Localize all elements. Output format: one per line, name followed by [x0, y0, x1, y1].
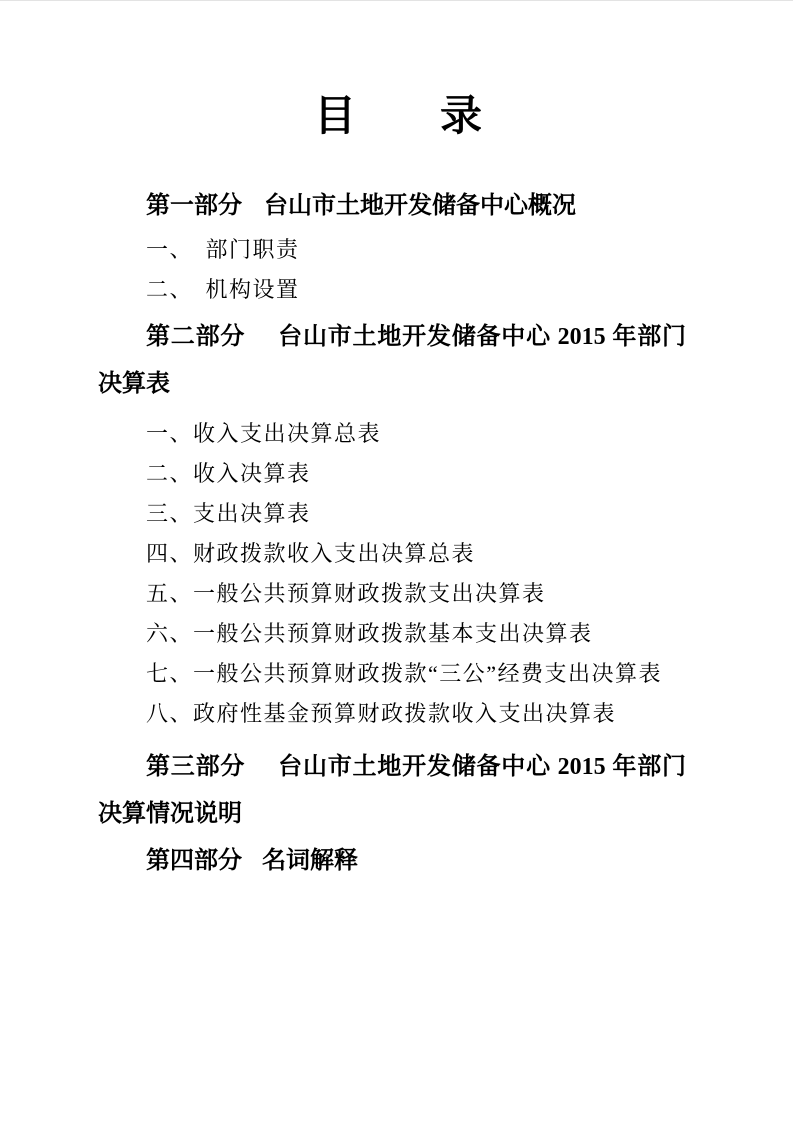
section-2-label: 第二部分 — [146, 324, 245, 350]
toc-item: 二、收入决算表 — [98, 454, 698, 494]
toc-item: 八、政府性基金预算财政拨款收入支出决算表 — [98, 694, 698, 734]
toc-item: 六、一般公共预算财政拨款基本支出决算表 — [98, 614, 698, 654]
toc-item: 一、收入支出决算总表 — [98, 414, 698, 454]
toc-item: 七、一般公共预算财政拨款“三公”经费支出决算表 — [98, 654, 698, 694]
toc-title: 目 录 — [98, 85, 698, 149]
section-4-label: 第四部分 — [146, 848, 242, 874]
toc-item: 四、财政拨款收入支出决算总表 — [98, 534, 698, 574]
toc-item: 一、 部门职责 — [98, 230, 698, 270]
toc-item: 三、支出决算表 — [98, 494, 698, 534]
section-4-title: 名词解释 — [262, 848, 358, 874]
section-3-heading: 第三部分台山市土地开发储备中心 2015 年部门决算情况说明 — [98, 744, 686, 838]
section-1-heading: 第一部分台山市土地开发储备中心概况 — [98, 183, 686, 230]
section-2-items: 一、收入支出决算总表 二、收入决算表 三、支出决算表 四、财政拨款收入支出决算总… — [98, 414, 698, 734]
section-4-heading: 第四部分名词解释 — [98, 838, 686, 885]
section-1-title: 台山市土地开发储备中心概况 — [264, 193, 576, 219]
section-3-label: 第三部分 — [146, 754, 245, 780]
document-page: 目 录 第一部分台山市土地开发储备中心概况 一、 部门职责 二、 机构设置 第二… — [0, 1, 793, 1122]
toc-item: 二、 机构设置 — [98, 270, 698, 310]
section-1-items: 一、 部门职责 二、 机构设置 — [98, 230, 698, 310]
section-2-heading: 第二部分台山市土地开发储备中心 2015 年部门决算表 — [98, 314, 686, 408]
toc-item: 五、一般公共预算财政拨款支出决算表 — [98, 574, 698, 614]
section-1-label: 第一部分 — [146, 193, 242, 219]
